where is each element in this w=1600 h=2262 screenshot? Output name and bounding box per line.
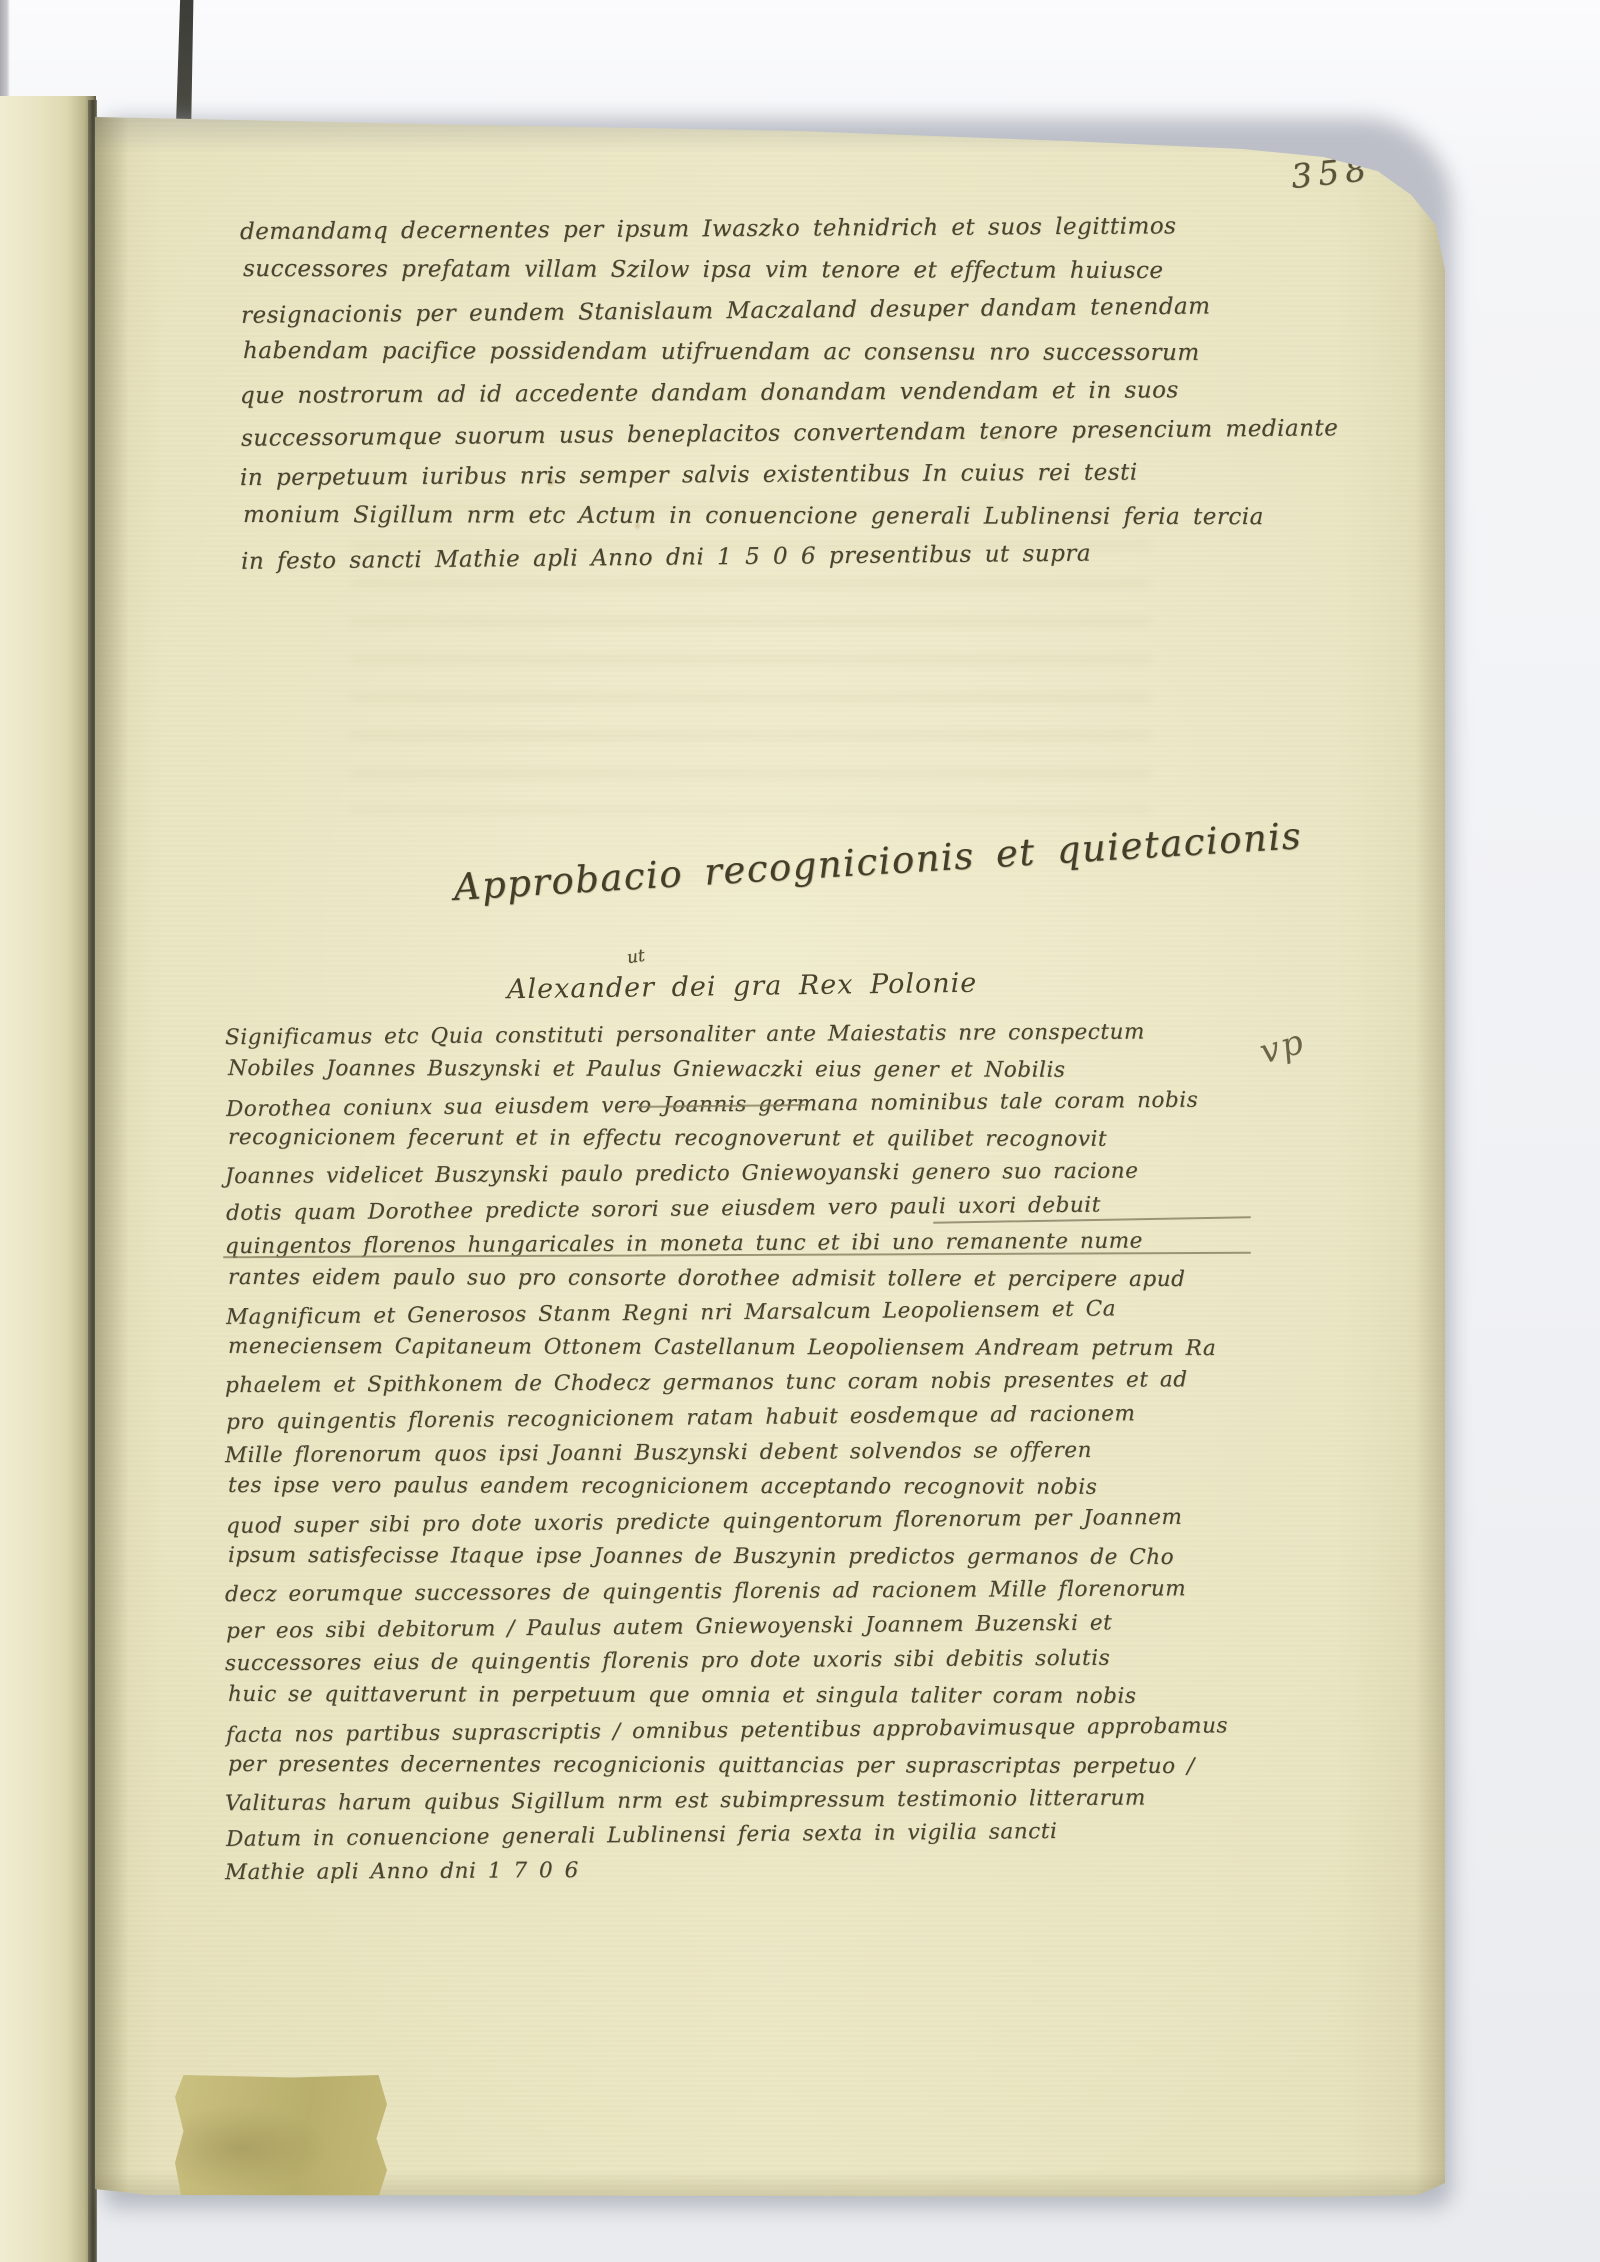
manuscript-line: recognicionem fecerunt et in effectu rec… xyxy=(228,1121,1258,1158)
manuscript-line: successores eius de quingentis florenis … xyxy=(225,1641,1255,1682)
manuscript-line: in perpetuum iuribus nris semper salvis … xyxy=(240,452,1235,499)
manuscript-line: Mathie apli Anno dni 1 7 0 6 xyxy=(225,1850,1255,1891)
manuscript-page: 358 demandamq decernentes per ipsum Iwas… xyxy=(95,105,1445,2197)
entry-1-text: demandamq decernentes per ipsum Iwaszko … xyxy=(240,209,1235,578)
manuscript-line: Significamus etc Quia constituti persona… xyxy=(225,1015,1255,1056)
manuscript-line: meneciensem Capitaneum Ottonem Castellan… xyxy=(228,1330,1258,1367)
manuscript-line: facta nos partibus suprascriptis / omnib… xyxy=(226,1709,1256,1754)
manuscript-line: in festo sancti Mathie apli Anno dni 1 5… xyxy=(241,532,1236,583)
manuscript-line: monium Sigillum nrm etc Actum in conuenc… xyxy=(243,495,1238,538)
manuscript-line: huic se quittaverunt in perpetuum que om… xyxy=(228,1678,1258,1715)
royal-intitulation: Alexander dei gra Rex Polonie xyxy=(507,968,978,1006)
manuscript-line: Nobiles Joannes Buszynski et Paulus Gnie… xyxy=(228,1052,1258,1089)
page-left-shade xyxy=(95,105,129,2197)
manuscript-line: ipsum satisfecisse Itaque ipse Joannes d… xyxy=(228,1539,1258,1576)
manuscript-line: habendam pacifice possidendam utifruenda… xyxy=(243,331,1238,374)
manuscript-line: successores prefatam villam Szilow ipsa … xyxy=(243,249,1238,292)
entry-2-text: Significamus etc Quia constituti persona… xyxy=(225,1018,1255,1888)
record-heading: Approbacio recognicionis et quietacionis xyxy=(452,816,1273,909)
manuscript-line: quingentos florenos hungaricales in mone… xyxy=(225,1224,1255,1265)
manuscript-line: demandamq decernentes per ipsum Iwaszko … xyxy=(240,206,1235,253)
facing-page-edge xyxy=(0,96,96,2262)
heading-note: ut xyxy=(626,946,646,968)
margin-note: vp xyxy=(1255,1022,1309,1073)
page-right-shade xyxy=(1415,105,1445,2197)
manuscript-scan: 358 demandamq decernentes per ipsum Iwas… xyxy=(0,0,1600,2262)
manuscript-line: resignacionis per eundem Stanislaum Macz… xyxy=(241,286,1236,337)
manuscript-line: quod super sibi pro dote uxoris predicte… xyxy=(226,1500,1256,1545)
manuscript-line: per presentes decernentes recognicionis … xyxy=(228,1748,1258,1785)
manuscript-line: Mille florenorum quos ipsi Joanni Buszyn… xyxy=(225,1432,1255,1473)
tape-repair xyxy=(175,2075,387,2197)
